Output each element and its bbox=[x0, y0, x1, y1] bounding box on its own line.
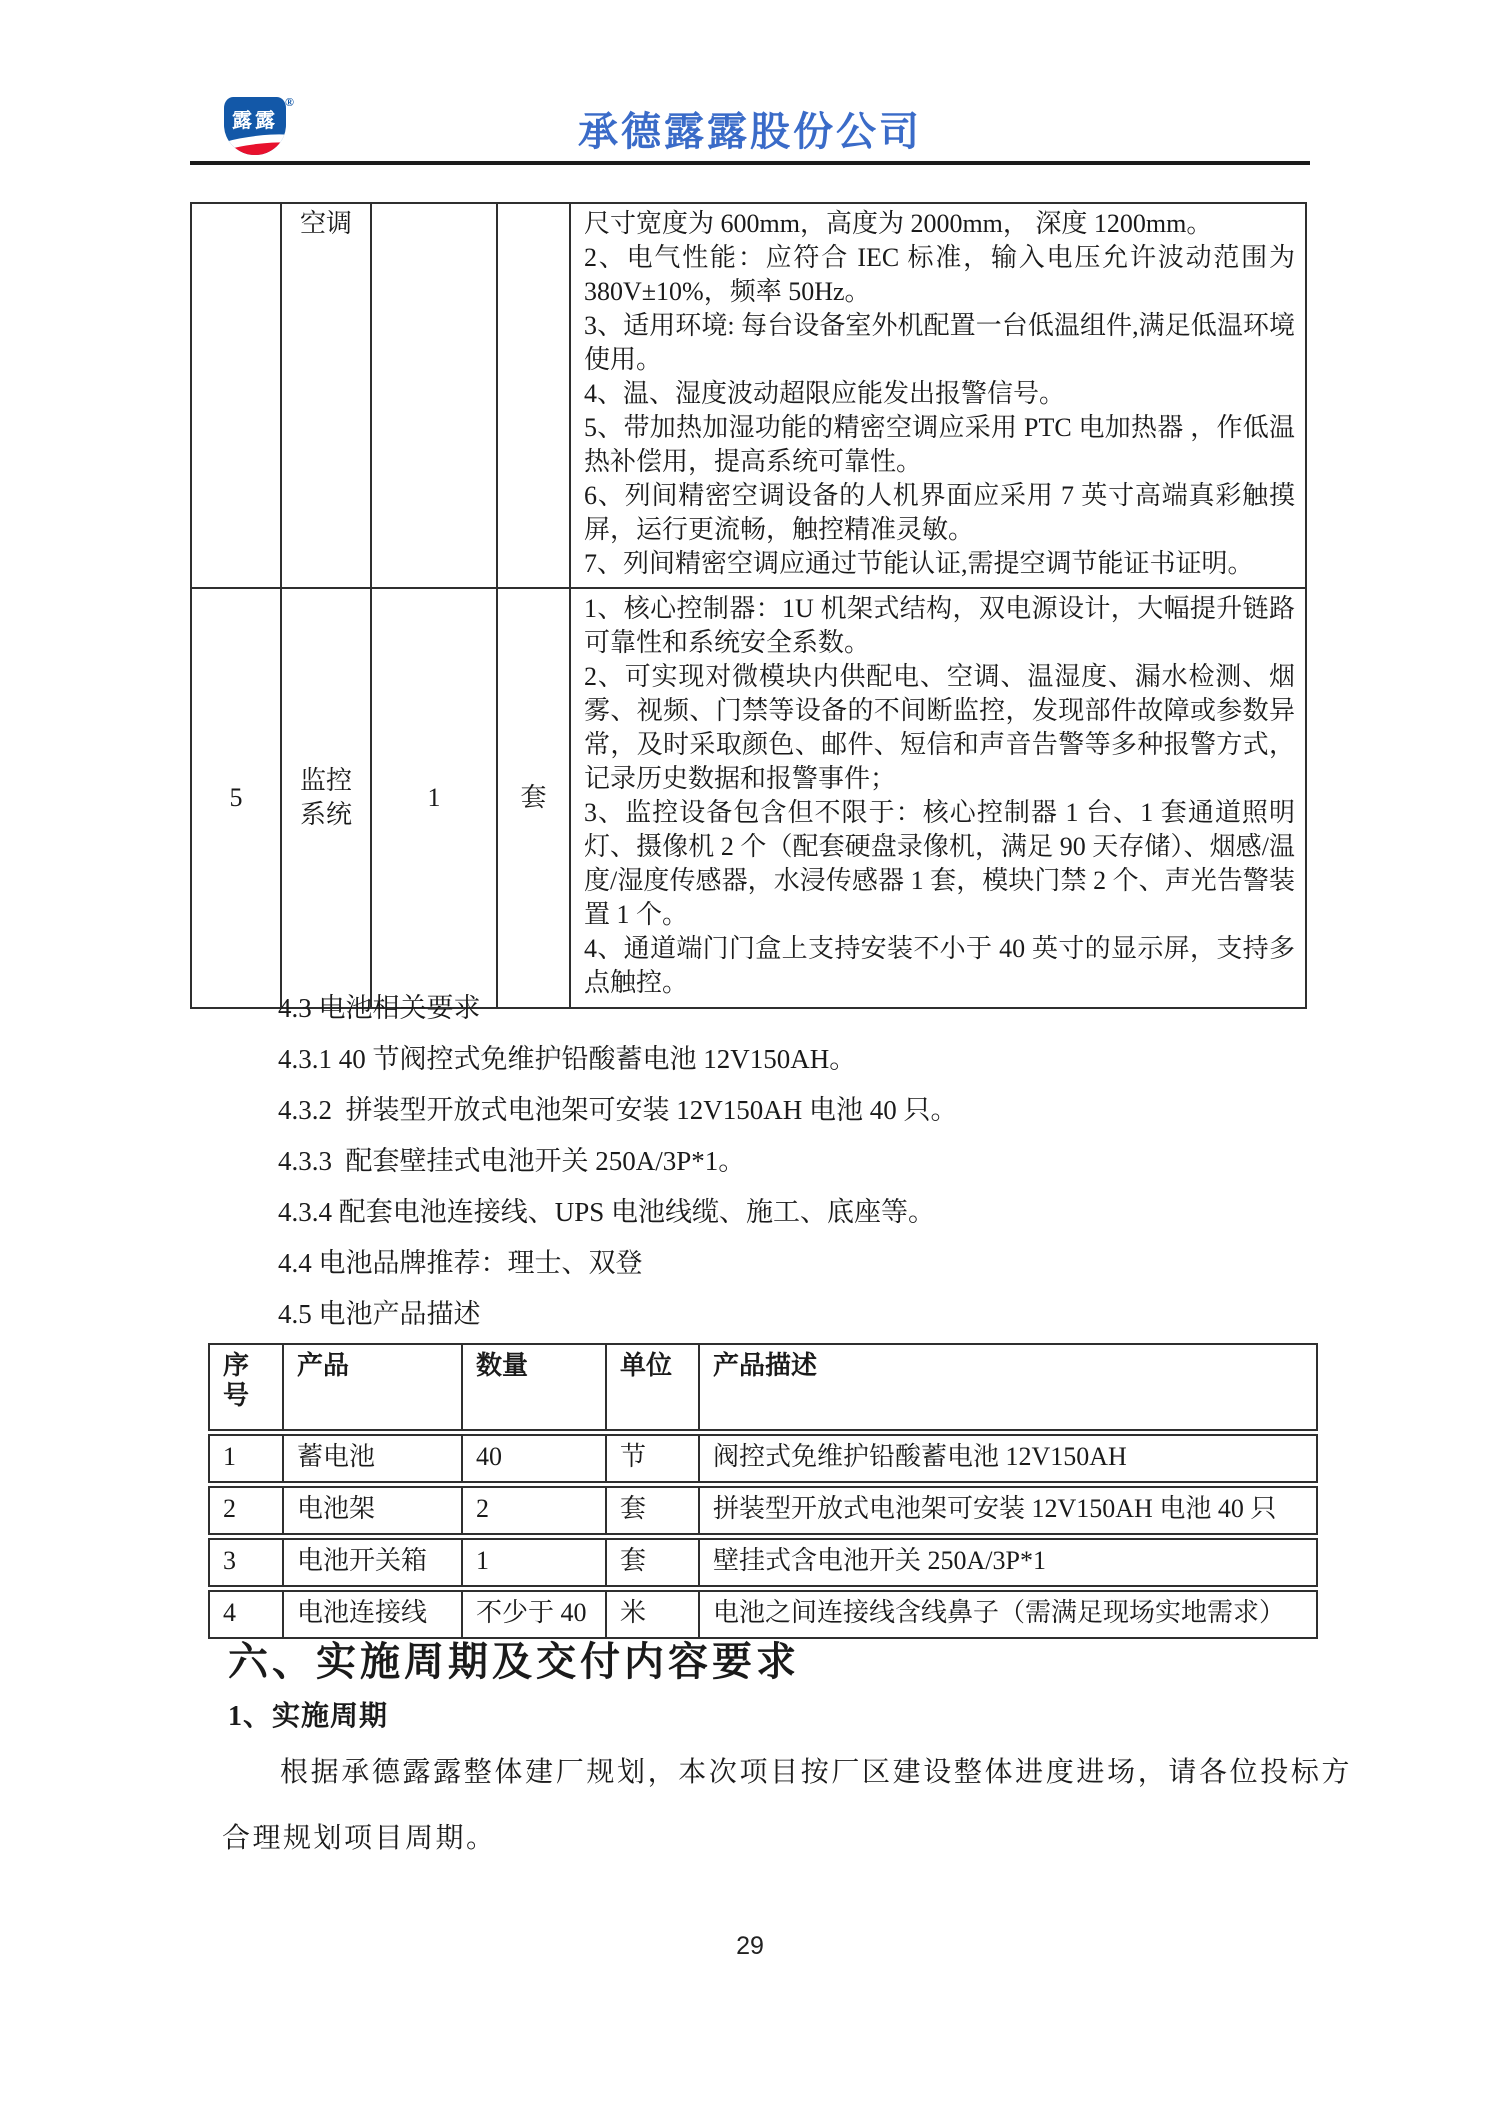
header-product: 产品 bbox=[284, 1343, 463, 1431]
desc-paragraph: 4、通道端门门盒上支持安装不小于 40 英寸的显示屏，支持多点触控。 bbox=[584, 932, 1295, 1000]
cell-qty: 40 bbox=[463, 1434, 607, 1483]
cell-description: 阀控式免维护铅酸蓄电池 12V150AH bbox=[700, 1434, 1318, 1483]
desc-paragraph: 2、电气性能：应符合 IEC 标准，输入电压允许波动范围为 380V±10%，频… bbox=[584, 241, 1295, 309]
section-line: 4.4 电池品牌推荐：理士、双登 bbox=[278, 1250, 958, 1277]
cell-product: 电池架 bbox=[284, 1486, 463, 1535]
header-divider bbox=[190, 161, 1310, 165]
cell-seq: 3 bbox=[208, 1538, 284, 1587]
cell-seq: 5 bbox=[191, 588, 281, 1008]
cell-product: 空调 bbox=[281, 203, 371, 588]
cell-seq: 2 bbox=[208, 1486, 284, 1535]
cell-unit: 套 bbox=[607, 1538, 700, 1587]
cell-qty: 1 bbox=[371, 588, 497, 1008]
page-number: 29 bbox=[0, 1932, 1500, 1961]
table-row: 3 电池开关箱 1 套 壁挂式含电池开关 250A/3P*1 bbox=[208, 1538, 1318, 1587]
desc-paragraph: 7、列间精密空调应通过节能认证,需提空调节能证书证明。 bbox=[584, 547, 1295, 581]
cell-unit bbox=[497, 203, 570, 588]
battery-product-table: 序号 产品 数量 单位 产品描述 1 蓄电池 40 节 阀控式免维护铅酸蓄电池 … bbox=[208, 1340, 1318, 1642]
table-header-row: 序号 产品 数量 单位 产品描述 bbox=[208, 1343, 1318, 1431]
desc-paragraph: 2、可实现对微模块内供配电、空调、温湿度、漏水检测、烟雾、视频、门禁等设备的不间… bbox=[584, 660, 1295, 796]
cell-product: 蓄电池 bbox=[284, 1434, 463, 1483]
table-row-air-conditioner: 空调 尺寸宽度为 600mm，高度为 2000mm， 深度 1200mm。 2、… bbox=[191, 203, 1306, 588]
table-row: 2 电池架 2 套 拼装型开放式电池架可安装 12V150AH 电池 40 只 bbox=[208, 1486, 1318, 1535]
header-qty: 数量 bbox=[463, 1343, 607, 1431]
header-unit: 单位 bbox=[607, 1343, 700, 1431]
section-line: 4.3.1 40 节阀控式免维护铅酸蓄电池 12V150AH。 bbox=[278, 1046, 958, 1073]
desc-paragraph: 6、列间精密空调设备的人机界面应采用 7 英寸高端真彩触摸屏，运行更流畅，触控精… bbox=[584, 479, 1295, 547]
cell-description: 拼装型开放式电池架可安装 12V150AH 电池 40 只 bbox=[700, 1486, 1318, 1535]
cell-qty: 1 bbox=[463, 1538, 607, 1587]
cell-qty: 2 bbox=[463, 1486, 607, 1535]
section-line: 4.3 电池相关要求 bbox=[278, 995, 958, 1022]
table-row: 1 蓄电池 40 节 阀控式免维护铅酸蓄电池 12V150AH bbox=[208, 1434, 1318, 1483]
header-description: 产品描述 bbox=[700, 1343, 1318, 1431]
cell-unit: 节 bbox=[607, 1434, 700, 1483]
cell-qty bbox=[371, 203, 497, 588]
cell-unit: 套 bbox=[497, 588, 570, 1008]
desc-paragraph: 4、温、湿度波动超限应能发出报警信号。 bbox=[584, 377, 1295, 411]
desc-paragraph: 3、适用环境: 每台设备室外机配置一台低温组件,满足低温环境使用。 bbox=[584, 309, 1295, 377]
cell-description: 壁挂式含电池开关 250A/3P*1 bbox=[700, 1538, 1318, 1587]
equipment-spec-table: 空调 尺寸宽度为 600mm，高度为 2000mm， 深度 1200mm。 2、… bbox=[190, 202, 1307, 1009]
desc-paragraph: 5、带加热加湿功能的精密空调应采用 PTC 电加热器 ，作低温热补偿用，提高系统… bbox=[584, 411, 1295, 479]
cell-description: 尺寸宽度为 600mm，高度为 2000mm， 深度 1200mm。 2、电气性… bbox=[570, 203, 1306, 588]
cell-product: 监控系统 bbox=[281, 588, 371, 1008]
section-line: 4.3.4 配套电池连接线、UPS 电池线缆、施工、底座等。 bbox=[278, 1199, 958, 1226]
implementation-period-paragraph: 根据承德露露整体建厂规划，本次项目按厂区建设整体进度进场，请各位投标方合理规划项… bbox=[222, 1740, 1352, 1872]
cell-seq: 1 bbox=[208, 1434, 284, 1483]
desc-paragraph: 3、监控设备包含但不限于：核心控制器 1 台、1 套通道照明灯、摄像机 2 个（… bbox=[584, 796, 1295, 932]
header-seq: 序号 bbox=[208, 1343, 284, 1431]
section-line: 4.3.3 配套壁挂式电池开关 250A/3P*1。 bbox=[278, 1148, 958, 1175]
cell-seq bbox=[191, 203, 281, 588]
cell-description: 1、核心控制器：1U 机架式结构，双电源设计，大幅提升链路可靠性和系统安全系数。… bbox=[570, 588, 1306, 1008]
section-six-heading: 六、实施周期及交付内容要求 bbox=[228, 1630, 800, 1687]
section-line: 4.3.2 拼装型开放式电池架可安装 12V150AH 电池 40 只。 bbox=[278, 1097, 958, 1124]
desc-paragraph: 1、核心控制器：1U 机架式结构，双电源设计，大幅提升链路可靠性和系统安全系数。 bbox=[584, 592, 1295, 660]
desc-paragraph: 尺寸宽度为 600mm，高度为 2000mm， 深度 1200mm。 bbox=[584, 207, 1295, 241]
company-name-title: 承德露露股份公司 bbox=[0, 100, 1500, 157]
implementation-period-subheading: 1、实施周期 bbox=[228, 1694, 388, 1734]
product-name: 监控系统 bbox=[294, 764, 358, 832]
cell-unit: 套 bbox=[607, 1486, 700, 1535]
cell-product: 电池开关箱 bbox=[284, 1538, 463, 1587]
document-page: 露露 ® 承德露露股份公司 空调 尺寸宽度为 600mm，高度为 2000mm，… bbox=[0, 0, 1500, 2121]
battery-requirements-section: 4.3 电池相关要求 4.3.1 40 节阀控式免维护铅酸蓄电池 12V150A… bbox=[278, 995, 958, 1352]
section-line: 4.5 电池产品描述 bbox=[278, 1301, 958, 1328]
table-row-monitoring-system: 5 监控系统 1 套 1、核心控制器：1U 机架式结构，双电源设计，大幅提升链路… bbox=[191, 588, 1306, 1008]
